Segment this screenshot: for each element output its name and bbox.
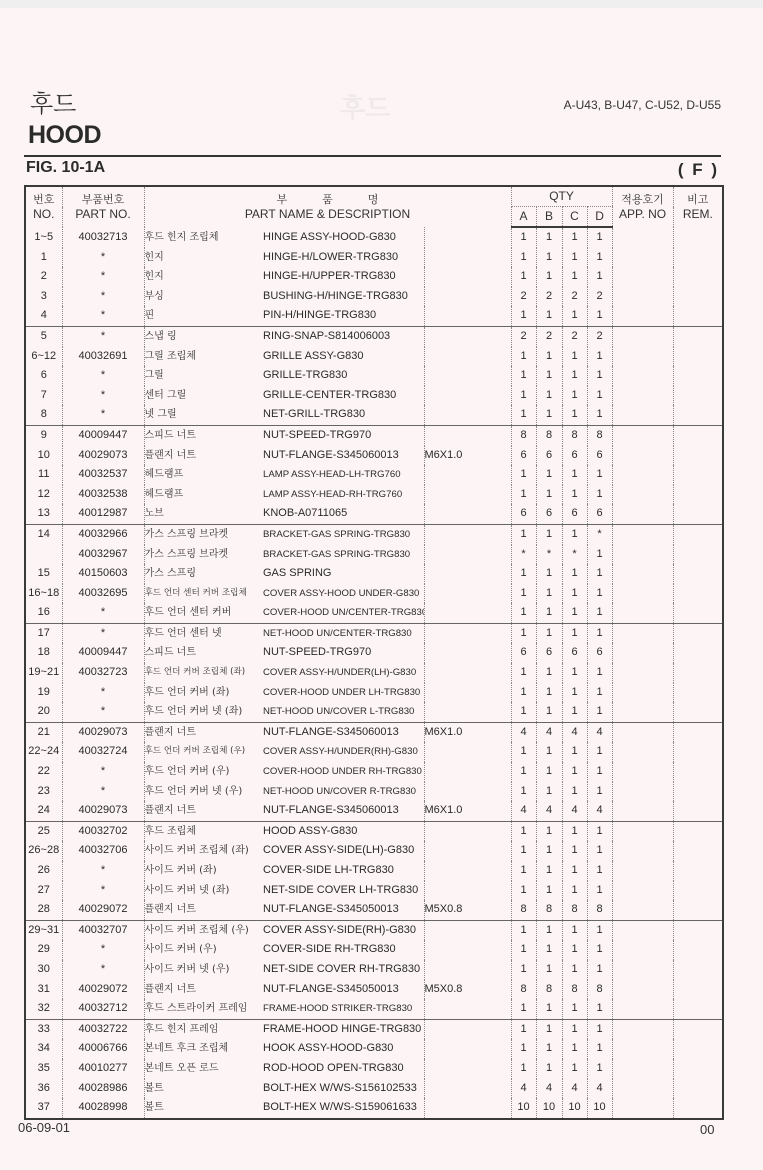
qty-b: 6	[536, 446, 562, 466]
part-number: *	[62, 762, 144, 782]
part-spec	[424, 584, 511, 604]
qty-c: 1	[562, 248, 587, 268]
remarks-cell	[673, 782, 723, 802]
part-spec	[424, 782, 511, 802]
remarks-cell	[673, 623, 723, 643]
remarks-cell	[673, 900, 723, 920]
part-number: 40032706	[62, 841, 144, 861]
app-no-cell	[612, 1098, 673, 1119]
qty-a: 1	[511, 267, 536, 287]
part-name-english: FRAME-HOOD HINGE-TRG830	[263, 1019, 424, 1039]
part-number: 40028998	[62, 1098, 144, 1119]
part-name-korean: 플랜지 너트	[144, 722, 263, 742]
part-number: 40029073	[62, 722, 144, 742]
item-number: 9	[25, 425, 62, 445]
remarks-cell	[673, 564, 723, 584]
qty-b: 1	[536, 405, 562, 425]
part-spec	[424, 485, 511, 505]
table-row: 5*스냅 링RING-SNAP-S8140060032222	[25, 326, 723, 346]
table-row: 3*부싱BUSHING-H/HINGE-TRG8302222	[25, 287, 723, 307]
qty-c: 1	[562, 762, 587, 782]
part-name-korean: 사이드 커버 조립체 (우)	[144, 920, 263, 940]
part-number: *	[62, 782, 144, 802]
part-name-korean: 볼트	[144, 1098, 263, 1119]
part-spec	[424, 623, 511, 643]
qty-a: 1	[511, 564, 536, 584]
qty-b: 1	[536, 861, 562, 881]
qty-c: 1	[562, 524, 587, 544]
part-spec	[424, 504, 511, 524]
qty-b: 1	[536, 1059, 562, 1079]
header-qty: QTY	[511, 186, 612, 207]
qty-c: 1	[562, 465, 587, 485]
app-no-cell	[612, 267, 673, 287]
remarks-cell	[673, 584, 723, 604]
app-no-cell	[612, 623, 673, 643]
qty-b: 1	[536, 584, 562, 604]
part-name-korean: 본네트 후크 조립체	[144, 1039, 263, 1059]
qty-d: 1	[587, 248, 612, 268]
app-no-cell	[612, 960, 673, 980]
qty-d: 10	[587, 1098, 612, 1119]
qty-d: 6	[587, 446, 612, 466]
part-name-korean: 후드 언더 센터 커버	[144, 603, 263, 623]
item-number: 37	[25, 1098, 62, 1119]
qty-b: 1	[536, 366, 562, 386]
part-name-korean: 후드 언더 커버 (좌)	[144, 683, 263, 703]
remarks-cell	[673, 485, 723, 505]
app-no-cell	[612, 287, 673, 307]
remarks-cell	[673, 1019, 723, 1039]
qty-b: 4	[536, 1079, 562, 1099]
part-name-english: HOOD ASSY-G830	[263, 821, 424, 841]
part-number: 40032707	[62, 920, 144, 940]
part-name-korean: 부싱	[144, 287, 263, 307]
qty-c: 1	[562, 564, 587, 584]
qty-b: 1	[536, 564, 562, 584]
part-name-english: RING-SNAP-S814006003	[263, 326, 424, 346]
part-number: 40032702	[62, 821, 144, 841]
item-number: 1~5	[25, 227, 62, 248]
item-number: 28	[25, 900, 62, 920]
remarks-cell	[673, 326, 723, 346]
table-row: 16*후드 언더 센터 커버COVER-HOOD UN/CENTER-TRG83…	[25, 603, 723, 623]
qty-a: 6	[511, 504, 536, 524]
part-name-korean: 가스 스프링	[144, 564, 263, 584]
part-number: 40029072	[62, 980, 144, 1000]
app-no-cell	[612, 446, 673, 466]
qty-c: 8	[562, 425, 587, 445]
part-number: *	[62, 861, 144, 881]
part-name-english: KNOB-A0711065	[263, 504, 424, 524]
model-list: A-U43, B-U47, C-U52, D-U55	[564, 98, 721, 112]
remarks-cell	[673, 940, 723, 960]
part-name-korean: 후드 언더 커버 넷 (우)	[144, 782, 263, 802]
item-number: 10	[25, 446, 62, 466]
item-number: 22	[25, 762, 62, 782]
bleed-through-text: 후드	[340, 88, 390, 125]
part-number: *	[62, 683, 144, 703]
table-row: 1240032538헤드램프LAMP ASSY-HEAD-RH-TRG76011…	[25, 485, 723, 505]
part-name-english: NUT-FLANGE-S345050013	[263, 980, 424, 1000]
part-name-english: HINGE-H/UPPER-TRG830	[263, 267, 424, 287]
part-name-english: HOOK ASSY-HOOD-G830	[263, 1039, 424, 1059]
part-number: 40032966	[62, 524, 144, 544]
qty-b: 1	[536, 465, 562, 485]
part-spec	[424, 821, 511, 841]
item-number: 16	[25, 603, 62, 623]
remarks-cell	[673, 663, 723, 683]
app-no-cell	[612, 900, 673, 920]
qty-b: 4	[536, 722, 562, 742]
qty-b: 1	[536, 623, 562, 643]
table-row: 30*사이드 커버 넷 (우)NET-SIDE COVER RH-TRG8301…	[25, 960, 723, 980]
remarks-cell	[673, 643, 723, 663]
part-spec	[424, 306, 511, 326]
part-name-english: PIN-H/HINGE-TRG830	[263, 306, 424, 326]
qty-d: 1	[587, 386, 612, 406]
qty-c: 2	[562, 326, 587, 346]
page-title-korean: 후드	[30, 84, 76, 119]
part-number: *	[62, 306, 144, 326]
part-name-english: NET-HOOD UN/COVER L-TRG830	[263, 702, 424, 722]
qty-a: 1	[511, 861, 536, 881]
table-row: 19~2140032723후드 언더 커버 조립체 (좌)COVER ASSY-…	[25, 663, 723, 683]
part-name-english: NUT-FLANGE-S345060013	[263, 801, 424, 821]
scan-edge	[0, 0, 763, 8]
table-row: 1040029073플랜지 너트NUT-FLANGE-S345060013M6X…	[25, 446, 723, 466]
qty-c: 1	[562, 861, 587, 881]
table-row: 2540032702후드 조립체HOOD ASSY-G8301111	[25, 821, 723, 841]
part-name-korean: 플랜지 너트	[144, 801, 263, 821]
remarks-cell	[673, 920, 723, 940]
remarks-cell	[673, 425, 723, 445]
qty-c: *	[562, 545, 587, 565]
part-number: *	[62, 960, 144, 980]
part-spec	[424, 326, 511, 346]
qty-b: 1	[536, 1019, 562, 1039]
app-no-cell	[612, 524, 673, 544]
qty-b: 10	[536, 1098, 562, 1119]
part-spec	[424, 1098, 511, 1119]
part-name-english: ROD-HOOD OPEN-TRG830	[263, 1059, 424, 1079]
part-name-korean: 후드 조립체	[144, 821, 263, 841]
remarks-cell	[673, 405, 723, 425]
part-number: *	[62, 405, 144, 425]
qty-d: 1	[587, 920, 612, 940]
part-name-korean: 후드 힌지 조립체	[144, 227, 263, 248]
app-no-cell	[612, 306, 673, 326]
app-no-cell	[612, 485, 673, 505]
part-name-english: BUSHING-H/HINGE-TRG830	[263, 287, 424, 307]
part-name-english: NUT-FLANGE-S345060013	[263, 722, 424, 742]
remarks-cell	[673, 960, 723, 980]
table-row: 1140032537헤드램프LAMP ASSY-HEAD-LH-TRG76011…	[25, 465, 723, 485]
qty-d: 4	[587, 722, 612, 742]
app-no-cell	[612, 940, 673, 960]
item-number: 2	[25, 267, 62, 287]
item-number: 32	[25, 999, 62, 1019]
qty-a: 10	[511, 1098, 536, 1119]
qty-d: 8	[587, 425, 612, 445]
qty-a: 1	[511, 940, 536, 960]
qty-d: 1	[587, 584, 612, 604]
part-spec	[424, 663, 511, 683]
qty-d: 1	[587, 683, 612, 703]
part-name-english: BRACKET-GAS SPRING-TRG830	[263, 524, 424, 544]
part-number: 40009447	[62, 643, 144, 663]
remarks-cell	[673, 524, 723, 544]
part-spec	[424, 920, 511, 940]
part-number: 40032691	[62, 347, 144, 367]
qty-b: 1	[536, 702, 562, 722]
table-row: 1*힌지HINGE-H/LOWER-TRG8301111	[25, 248, 723, 268]
app-no-cell	[612, 663, 673, 683]
qty-d: 1	[587, 405, 612, 425]
qty-d: 8	[587, 900, 612, 920]
table-row: 2440029073플랜지 너트NUT-FLANGE-S345060013M6X…	[25, 801, 723, 821]
app-no-cell	[612, 1039, 673, 1059]
part-name-korean: 후드 스트라이커 프레임	[144, 999, 263, 1019]
table-row: 7*센터 그릴GRILLE-CENTER-TRG8301111	[25, 386, 723, 406]
app-no-cell	[612, 1079, 673, 1099]
part-name-korean: 센터 그릴	[144, 386, 263, 406]
part-name-english: LAMP ASSY-HEAD-LH-TRG760	[263, 465, 424, 485]
qty-d: 8	[587, 980, 612, 1000]
app-no-cell	[612, 564, 673, 584]
part-name-korean: 사이드 커버 (우)	[144, 940, 263, 960]
item-number: 5	[25, 326, 62, 346]
qty-a: 1	[511, 366, 536, 386]
part-name-korean: 가스 스프링 브라켓	[144, 545, 263, 565]
item-number: 12	[25, 485, 62, 505]
qty-c: 1	[562, 227, 587, 248]
table-row: 2*힌지HINGE-H/UPPER-TRG8301111	[25, 267, 723, 287]
table-row: 1~540032713후드 힌지 조립체HINGE ASSY-HOOD-G830…	[25, 227, 723, 248]
variant-label: ( F )	[678, 160, 719, 180]
part-name-english: NET-SIDE COVER LH-TRG830	[263, 881, 424, 901]
qty-d: 2	[587, 287, 612, 307]
app-no-cell	[612, 801, 673, 821]
table-row: 6~1240032691그릴 조립체GRILLE ASSY-G8301111	[25, 347, 723, 367]
qty-b: 1	[536, 1039, 562, 1059]
part-number: *	[62, 366, 144, 386]
qty-b: 1	[536, 227, 562, 248]
header-qty-d: D	[587, 207, 612, 228]
part-name-korean: 후드 언더 커버 조립체 (우)	[144, 742, 263, 762]
part-name-english: NUT-SPEED-TRG970	[263, 425, 424, 445]
header-qty-a: A	[511, 207, 536, 228]
table-header-row: 번호 NO. 부품번호 PART NO. 부 품 명 PART NAME & D…	[25, 186, 723, 207]
table-row: 6*그릴GRILLE-TRG8301111	[25, 366, 723, 386]
qty-a: 2	[511, 287, 536, 307]
remarks-cell	[673, 1039, 723, 1059]
qty-d: 1	[587, 861, 612, 881]
remarks-cell	[673, 980, 723, 1000]
part-number: 40032695	[62, 584, 144, 604]
part-name-english: NET-HOOD UN/CENTER-TRG830	[263, 623, 424, 643]
table-row: 3740028998볼트BOLT-HEX W/WS-S1590616331010…	[25, 1098, 723, 1119]
part-spec	[424, 1079, 511, 1099]
part-name-korean: 볼트	[144, 1079, 263, 1099]
qty-b: 8	[536, 900, 562, 920]
part-name-korean: 스피드 너트	[144, 425, 263, 445]
table-row: 29*사이드 커버 (우)COVER-SIDE RH-TRG8301111	[25, 940, 723, 960]
qty-c: 1	[562, 940, 587, 960]
table-row: 940009447스피드 너트NUT-SPEED-TRG9708888	[25, 425, 723, 445]
qty-d: 1	[587, 702, 612, 722]
qty-c: 1	[562, 683, 587, 703]
qty-a: 1	[511, 663, 536, 683]
remarks-cell	[673, 762, 723, 782]
qty-c: 1	[562, 663, 587, 683]
part-name-english: GRILLE ASSY-G830	[263, 347, 424, 367]
qty-b: 1	[536, 386, 562, 406]
qty-a: 1	[511, 1019, 536, 1039]
qty-a: 1	[511, 920, 536, 940]
qty-c: 1	[562, 1019, 587, 1039]
part-name-english: COVER-HOOD UNDER RH-TRG830	[263, 762, 424, 782]
part-name-korean: 사이드 커버 조립체 (좌)	[144, 841, 263, 861]
qty-b: 1	[536, 762, 562, 782]
item-number: 27	[25, 881, 62, 901]
item-number: 33	[25, 1019, 62, 1039]
part-number: 40032724	[62, 742, 144, 762]
qty-a: 1	[511, 960, 536, 980]
part-spec	[424, 425, 511, 445]
part-name-korean: 후드 언더 커버 넷 (좌)	[144, 702, 263, 722]
part-name-english: COVER-SIDE LH-TRG830	[263, 861, 424, 881]
qty-a: 1	[511, 603, 536, 623]
qty-b: 4	[536, 801, 562, 821]
item-number: 18	[25, 643, 62, 663]
page-number: 00	[700, 1122, 714, 1137]
header-part-name: 부 품 명 PART NAME & DESCRIPTION	[144, 186, 511, 227]
table-row: 26*사이드 커버 (좌)COVER-SIDE LH-TRG8301111	[25, 861, 723, 881]
table-row: 16~1840032695후드 언더 센터 커버 조립체COVER ASSY-H…	[25, 584, 723, 604]
part-spec: M6X1.0	[424, 801, 511, 821]
part-name-english: HINGE-H/LOWER-TRG830	[263, 248, 424, 268]
part-spec	[424, 545, 511, 565]
part-name-english: NET-HOOD UN/COVER R-TRG830	[263, 782, 424, 802]
qty-b: 1	[536, 603, 562, 623]
remarks-cell	[673, 386, 723, 406]
qty-a: 1	[511, 702, 536, 722]
qty-c: 1	[562, 782, 587, 802]
qty-c: 1	[562, 267, 587, 287]
part-number: 40150603	[62, 564, 144, 584]
part-spec	[424, 643, 511, 663]
part-number: 40028986	[62, 1079, 144, 1099]
remarks-cell	[673, 683, 723, 703]
item-number: 26~28	[25, 841, 62, 861]
part-name-english: GRILLE-TRG830	[263, 366, 424, 386]
qty-d: 1	[587, 623, 612, 643]
item-number: 4	[25, 306, 62, 326]
part-name-korean: 사이드 커버 넷 (우)	[144, 960, 263, 980]
qty-c: 6	[562, 643, 587, 663]
app-no-cell	[612, 584, 673, 604]
app-no-cell	[612, 643, 673, 663]
part-name-english: COVER ASSY-SIDE(RH)-G830	[263, 920, 424, 940]
part-spec: M6X1.0	[424, 446, 511, 466]
qty-b: 1	[536, 881, 562, 901]
item-number: 21	[25, 722, 62, 742]
qty-c: 1	[562, 306, 587, 326]
part-number: 40029072	[62, 900, 144, 920]
part-name-korean: 본네트 오픈 로드	[144, 1059, 263, 1079]
qty-d: 1	[587, 999, 612, 1019]
qty-b: 2	[536, 287, 562, 307]
remarks-cell	[673, 841, 723, 861]
qty-c: 4	[562, 1079, 587, 1099]
part-spec	[424, 347, 511, 367]
item-number: 31	[25, 980, 62, 1000]
qty-d: 1	[587, 465, 612, 485]
app-no-cell	[612, 702, 673, 722]
qty-c: 8	[562, 900, 587, 920]
part-name-english: COVER-HOOD UNDER LH-TRG830	[263, 683, 424, 703]
part-spec: M5X0.8	[424, 980, 511, 1000]
qty-c: 1	[562, 1059, 587, 1079]
remarks-cell	[673, 821, 723, 841]
qty-d: 1	[587, 663, 612, 683]
item-number: 24	[25, 801, 62, 821]
app-no-cell	[612, 742, 673, 762]
part-name-korean: 핀	[144, 306, 263, 326]
item-number: 13	[25, 504, 62, 524]
qty-b: *	[536, 545, 562, 565]
revision-date: 06-09-01	[18, 1120, 70, 1135]
item-number: 16~18	[25, 584, 62, 604]
table-row: 3440006766본네트 후크 조립체HOOK ASSY-HOOD-G8301…	[25, 1039, 723, 1059]
part-spec: M6X1.0	[424, 722, 511, 742]
part-spec	[424, 267, 511, 287]
item-number: 17	[25, 623, 62, 643]
header-qty-b: B	[536, 207, 562, 228]
qty-a: 4	[511, 722, 536, 742]
part-spec	[424, 762, 511, 782]
remarks-cell	[673, 545, 723, 565]
qty-b: 1	[536, 821, 562, 841]
qty-d: 1	[587, 782, 612, 802]
remarks-cell	[673, 1059, 723, 1079]
qty-d: 1	[587, 742, 612, 762]
part-name-english: NUT-FLANGE-S345060013	[263, 446, 424, 466]
page-title: HOOD	[28, 121, 101, 150]
qty-a: *	[511, 545, 536, 565]
part-spec	[424, 841, 511, 861]
remarks-cell	[673, 504, 723, 524]
qty-a: 1	[511, 623, 536, 643]
remarks-cell	[673, 881, 723, 901]
app-no-cell	[612, 326, 673, 346]
remarks-cell	[673, 248, 723, 268]
qty-b: 1	[536, 524, 562, 544]
remarks-cell	[673, 742, 723, 762]
qty-b: 1	[536, 248, 562, 268]
table-row: 3340032722후드 힌지 프레임FRAME-HOOD HINGE-TRG8…	[25, 1019, 723, 1039]
part-name-english: BOLT-HEX W/WS-S159061633	[263, 1098, 424, 1119]
table-row: 19*후드 언더 커버 (좌)COVER-HOOD UNDER LH-TRG83…	[25, 683, 723, 703]
qty-c: 1	[562, 821, 587, 841]
part-name-english: GRILLE-CENTER-TRG830	[263, 386, 424, 406]
part-name-english: COVER ASSY-H/UNDER(RH)-G830	[263, 742, 424, 762]
qty-d: 1	[587, 1019, 612, 1039]
part-name-english: BOLT-HEX W/WS-S156102533	[263, 1079, 424, 1099]
item-number: 25	[25, 821, 62, 841]
table-row: 1340012987노브KNOB-A07110656666	[25, 504, 723, 524]
